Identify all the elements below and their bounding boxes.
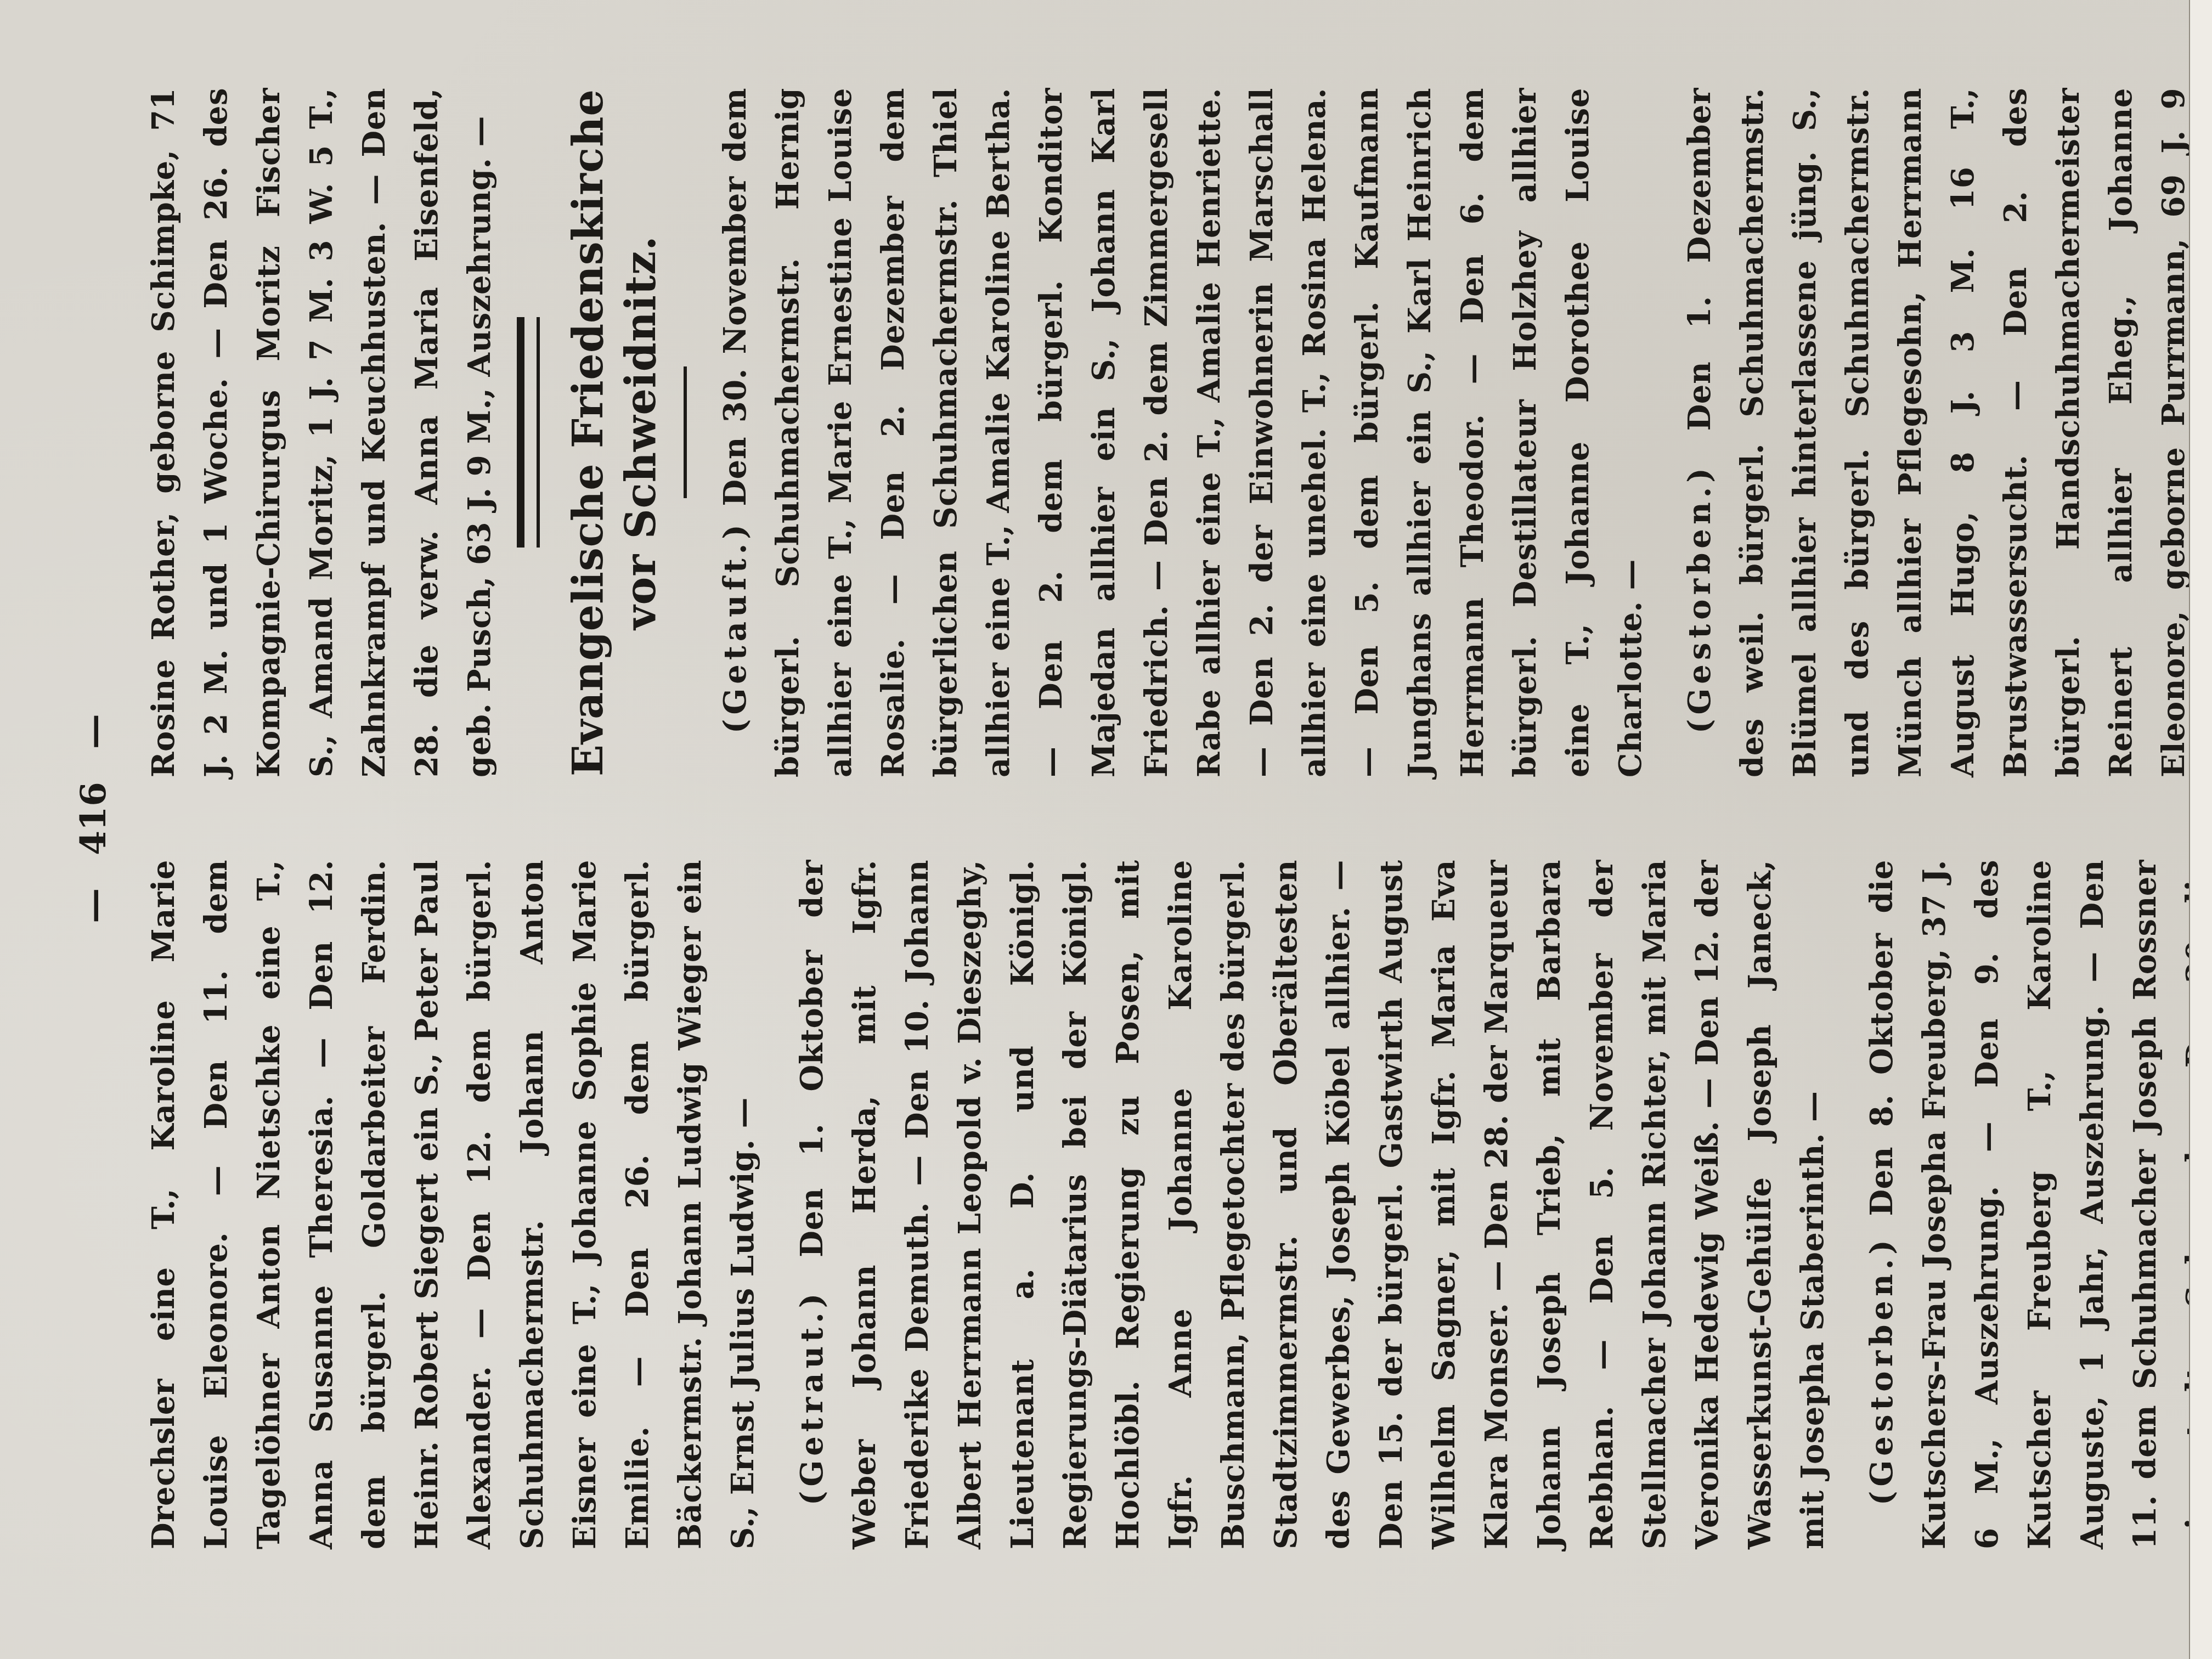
text-columns: Drechsler eine T., Karoline Marie Louise…: [137, 88, 2212, 1549]
baptisms-entry: (Getauft.) Den 30. November dem bürgerl.…: [709, 88, 1657, 777]
header-dash-left: —: [73, 888, 114, 923]
baptized-label: (Getauft.): [717, 520, 753, 733]
married-label: (Getraut.): [794, 1289, 830, 1505]
header-dash-right: —: [73, 714, 114, 749]
section-double-rule: [517, 318, 540, 548]
deaths-entry-right: (Gestorben.) Den 1. Dezember des weil. b…: [1673, 88, 2212, 777]
page-header: — 416 —: [60, 88, 126, 1549]
page-edge: [2189, 0, 2212, 1659]
died-text-right: Den 1. Dezember des weil. bürgerl. Schuh…: [1681, 88, 2212, 777]
page-number: 416: [73, 782, 114, 855]
marriages-entry: (Getraut.) Den 1. Oktober der Weber Joha…: [786, 860, 1839, 1549]
right-column: Rosine Rother, geborne Schimpke, 71 J. 2…: [137, 88, 2212, 777]
married-text: Den 1. Oktober der Weber Johann Herda, m…: [794, 860, 1831, 1549]
died-label-right: (Gestorben.): [1681, 464, 1718, 733]
deaths-entry-left: (Gestorben.) Den 8. Oktober die Kutscher…: [1855, 860, 2212, 1549]
baptized-text: Den 30. November dem bürgerl. Schuhmache…: [717, 88, 1649, 777]
column-divider: [137, 816, 2212, 821]
left-column: Drechsler eine T., Karoline Marie Louise…: [137, 860, 2212, 1549]
heading-short-rule: [684, 367, 687, 499]
section-heading: Evangelische Friedenskirche vor Schweidn…: [562, 88, 667, 777]
right-continuation-text: Rosine Rother, geborne Schimpke, 71 J. 2…: [137, 88, 506, 777]
died-label-left: (Gestorben.): [1864, 1235, 1900, 1505]
died-text-left: Den 8. Oktober die Kutschers-Frau Joseph…: [1864, 860, 2212, 1549]
newspaper-page: — 416 — Drechsler eine T., Karoline Mari…: [0, 0, 2212, 1659]
left-continuation-text: Drechsler eine T., Karoline Marie Louise…: [137, 860, 769, 1549]
